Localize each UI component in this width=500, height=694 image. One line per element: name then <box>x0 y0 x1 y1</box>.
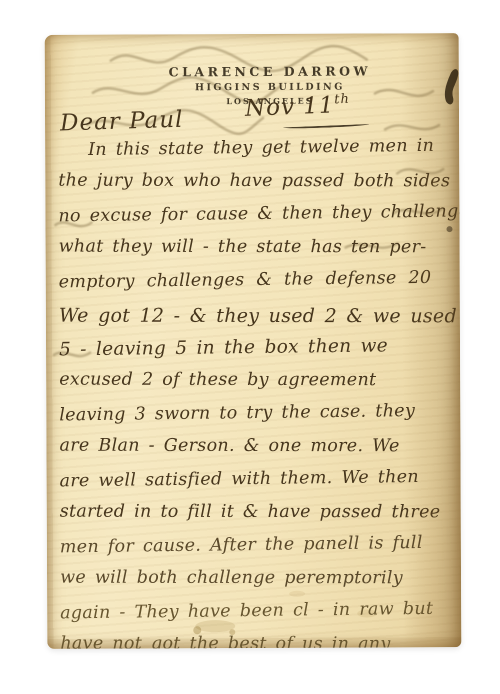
handwritten-line: emptory challenges & the defense 20 <box>59 268 456 306</box>
handwritten-line: We got 12 - & they used 2 & we used <box>59 303 456 337</box>
handwritten-line: are Blan - Gerson. & one more. We <box>59 435 456 469</box>
date-underline-flourish <box>283 122 369 129</box>
handwritten-line: started in to fill it & have passed thre… <box>60 502 457 536</box>
handwritten-line: what they will - the state has ten per- <box>59 237 456 271</box>
letterhead-building: HIGGINS BUILDING <box>120 81 420 93</box>
salutation: Dear Paul <box>60 107 184 137</box>
date-text: Nov 11 <box>245 92 335 121</box>
handwritten-date: Nov 11th <box>245 92 351 122</box>
date-suffix: th <box>334 92 350 108</box>
letter-paper: CLARENCE DARROW HIGGINS BUILDING LOS ANG… <box>45 33 462 649</box>
handwritten-line: no excuse for cause & then they challeng… <box>58 202 455 240</box>
handwritten-line: leaving 3 sworn to try the case. they <box>59 400 456 438</box>
handwritten-line: 5 - leaving 5 in the box then we <box>59 334 456 372</box>
handwritten-line: the jury box who have passed both sides … <box>58 171 455 205</box>
letterhead-name: CLARENCE DARROW <box>120 63 420 79</box>
handwritten-line: we will both challenge peremptorily <box>60 568 457 602</box>
handwritten-line: have not got the best of us in any <box>60 634 457 649</box>
handwritten-line: are well satisfied with them. We then <box>59 466 456 504</box>
handwritten-line: excused 2 of these by agreement <box>59 369 456 403</box>
handwritten-line: In this state they get twelve men in <box>58 136 455 174</box>
handwritten-line: again - They have been cl - in raw but <box>60 599 457 637</box>
ink-blot <box>445 69 459 104</box>
letter-body: In this state they get twelve men in the… <box>58 137 457 649</box>
scan-background: CLARENCE DARROW HIGGINS BUILDING LOS ANG… <box>0 0 500 694</box>
handwritten-line: men for cause. After the panell is full <box>60 533 457 571</box>
